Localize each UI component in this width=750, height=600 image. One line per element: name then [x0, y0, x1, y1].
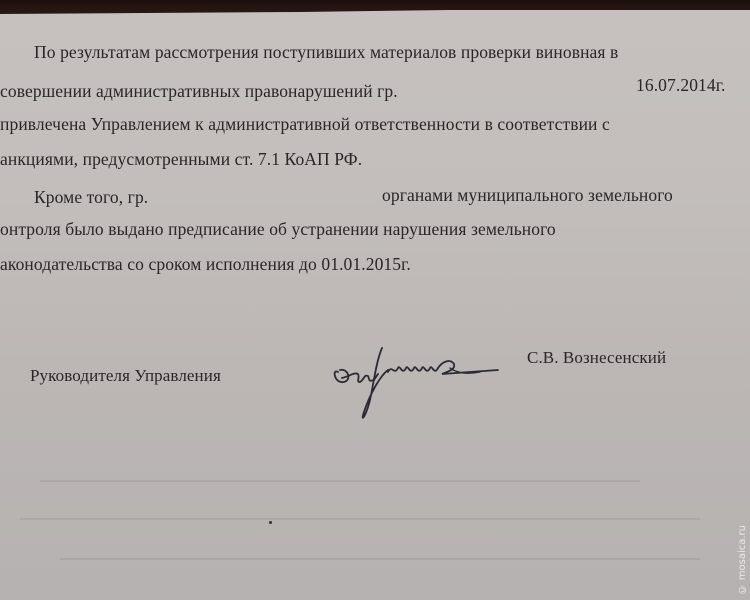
signatory-position: Руководителя Управления — [30, 366, 221, 386]
watermark: © mosaica.ru — [737, 525, 748, 594]
bleed-through-line — [60, 558, 700, 560]
violation-date: 16.07.2014г. — [636, 75, 726, 96]
signatory-name: С.В. Вознесенский — [527, 348, 666, 368]
paragraph1-line4: анкциями, предусмотренными ст. 7.1 КоАП … — [0, 149, 362, 170]
signature-icon — [330, 342, 515, 427]
paragraph1-line2: совершении административных правонарушен… — [0, 81, 398, 102]
paragraph1-line1: По результатам рассмотрения поступивших … — [34, 42, 618, 63]
paragraph1-line3: привлечена Управлением к административно… — [0, 114, 610, 135]
ink-speck — [269, 521, 272, 524]
bleed-through-line — [40, 480, 640, 482]
paragraph2-line1-start: Кроме того, гр. — [34, 187, 148, 208]
bleed-through-line — [20, 518, 700, 520]
paragraph2-line1-end: органами муниципального земельного — [382, 185, 673, 206]
paragraph2-line2: онтроля было выдано предписание об устра… — [0, 219, 556, 240]
paragraph2-line3: аконодательства со сроком исполнения до … — [0, 254, 411, 275]
